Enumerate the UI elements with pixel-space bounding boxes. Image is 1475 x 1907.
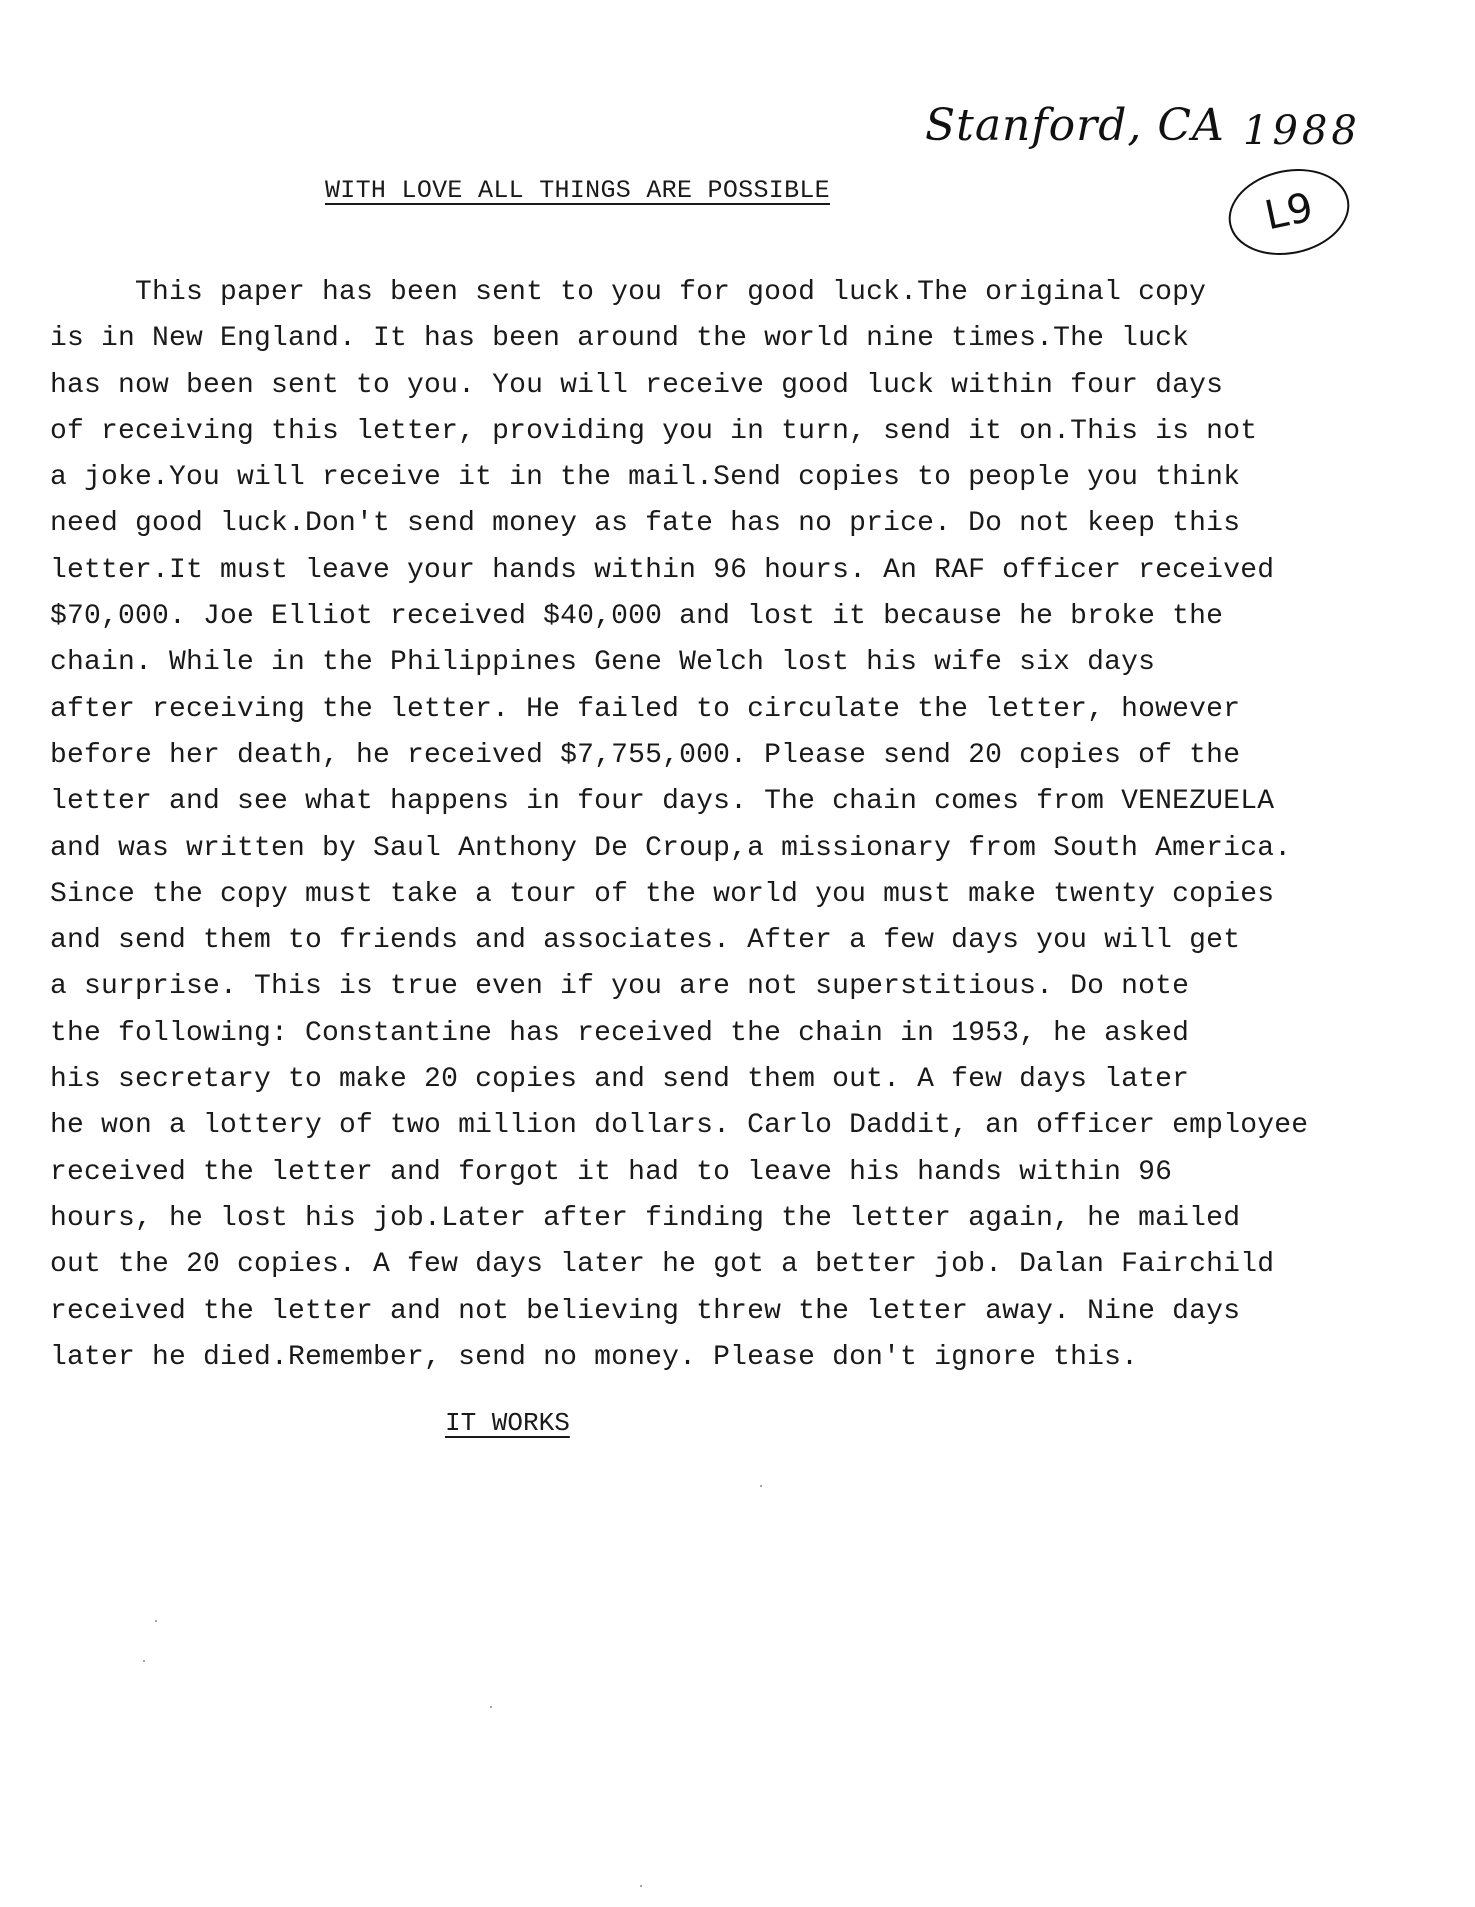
body-line: a surprise. This is true even if you are… <box>50 964 1308 1010</box>
body-line: letter and see what happens in four days… <box>50 779 1308 825</box>
body-line: he won a lottery of two million dollars.… <box>50 1103 1308 1149</box>
body-line: need good luck.Don't send money as fate … <box>50 501 1308 547</box>
body-line: chain. While in the Philippines Gene Wel… <box>50 640 1308 686</box>
letter-closing: IT WORKS <box>445 1408 570 1438</box>
body-line: a joke.You will receive it in the mail.S… <box>50 455 1308 501</box>
body-line: hours, he lost his job.Later after findi… <box>50 1196 1308 1242</box>
body-line: This paper has been sent to you for good… <box>50 270 1308 316</box>
letter-body: This paper has been sent to you for good… <box>50 270 1308 1381</box>
scan-speck <box>143 1660 145 1662</box>
scan-speck <box>760 1485 762 1487</box>
body-line: Since the copy must take a tour of the w… <box>50 872 1308 918</box>
body-line: received the letter and forgot it had to… <box>50 1150 1308 1196</box>
body-line: letter.It must leave your hands within 9… <box>50 548 1308 594</box>
letter-title: WITH LOVE ALL THINGS ARE POSSIBLE <box>325 176 830 205</box>
body-line: before her death, he received $7,755,000… <box>50 733 1308 779</box>
circled-reference-mark: L9 <box>1221 158 1358 266</box>
body-line: and send them to friends and associates.… <box>50 918 1308 964</box>
scan-speck <box>490 1706 492 1708</box>
body-line: and was written by Saul Anthony De Croup… <box>50 826 1308 872</box>
scan-speck <box>640 1885 642 1887</box>
handwritten-location-note: Stanford, CA <box>925 100 1225 151</box>
body-line: later he died.Remember, send no money. P… <box>50 1335 1308 1381</box>
scan-speck <box>155 1620 157 1622</box>
body-line: of receiving this letter, providing you … <box>50 409 1308 455</box>
body-line: his secretary to make 20 copies and send… <box>50 1057 1308 1103</box>
body-line: the following: Constantine has received … <box>50 1011 1308 1057</box>
body-line: is in New England. It has been around th… <box>50 316 1308 362</box>
body-line: after receiving the letter. He failed to… <box>50 687 1308 733</box>
body-line: has now been sent to you. You will recei… <box>50 363 1308 409</box>
body-line: out the 20 copies. A few days later he g… <box>50 1242 1308 1288</box>
reference-mark-label: L9 <box>1261 185 1317 240</box>
body-line: received the letter and not believing th… <box>50 1289 1308 1335</box>
body-line: $70,000. Joe Elliot received $40,000 and… <box>50 594 1308 640</box>
handwritten-year-note: 1988 <box>1243 108 1361 154</box>
